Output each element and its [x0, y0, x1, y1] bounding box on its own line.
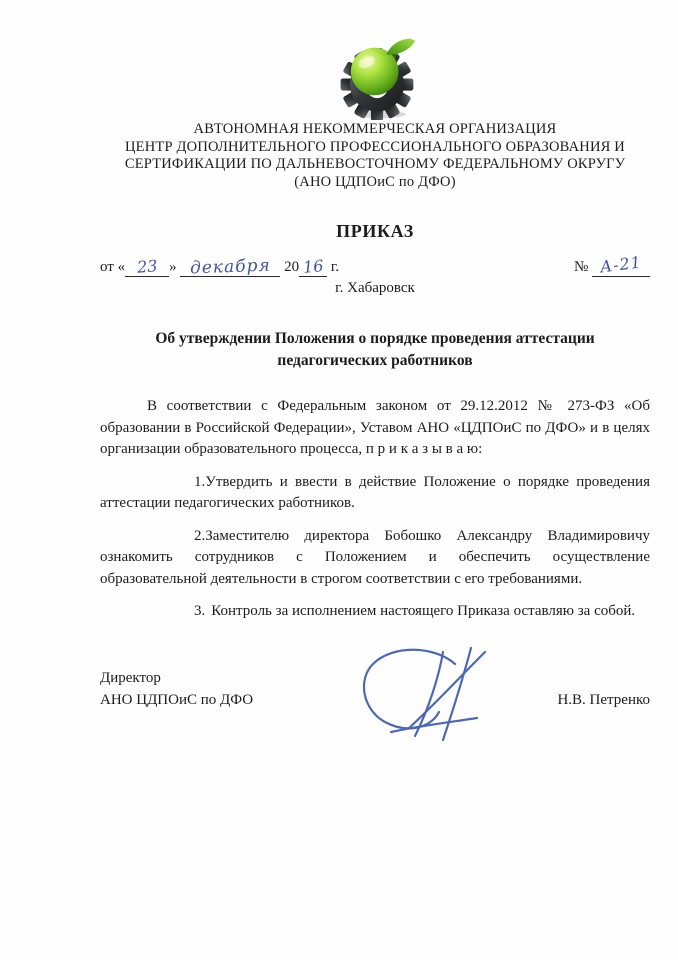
signer-role: Директор АНО ЦДПОиС по ДФО [100, 667, 253, 711]
handwritten-day: 23 [136, 256, 158, 276]
number-label: № [574, 259, 588, 275]
item-number: 3. [147, 601, 205, 623]
date-year-blank: 16 [299, 256, 327, 277]
order-subject: Об утверждении Положения о порядке прове… [100, 328, 650, 372]
date-line: от «23» декабря 2016 г. [100, 256, 339, 277]
place-line: г. Хабаровск [100, 280, 650, 297]
handwritten-month: декабря [190, 256, 271, 279]
order-item-1: 1.Утвердить и ввести в действие Положени… [100, 472, 650, 515]
order-title: ПРИКАЗ [100, 221, 650, 242]
org-line: (АНО ЦДПОиС по ДФО) [100, 174, 650, 192]
order-item-3: 3.Контроль за исполнением настоящего При… [100, 601, 650, 623]
date-prefix: от « [100, 259, 125, 275]
signature-block: Директор АНО ЦДПОиС по ДФО Н.В. Петренко [100, 667, 650, 711]
org-line: СЕРТИФИКАЦИИ ПО ДАЛЬНЕВОСТОЧНОМУ ФЕДЕРАЛ… [100, 156, 650, 174]
handwritten-year: 16 [302, 256, 324, 277]
number-blank: А-21 [592, 256, 650, 277]
date-close-quote: » [169, 259, 177, 275]
org-line: АВТОНОМНАЯ НЕКОММЕРЧЕСКАЯ ОРГАНИЗАЦИЯ [100, 121, 650, 139]
document-content: АВТОНОМНАЯ НЕКОММЕРЧЕСКАЯ ОРГАНИЗАЦИЯ ЦЕ… [100, 0, 650, 711]
subject-line: педагогических работников [100, 350, 650, 372]
date-day-blank: 23 [125, 256, 169, 277]
date-month-blank: декабря [180, 256, 280, 277]
document-page: АВТОНОМНАЯ НЕКОММЕРЧЕСКАЯ ОРГАНИЗАЦИЯ ЦЕ… [0, 0, 678, 960]
subject-line: Об утверждении Положения о порядке прове… [100, 328, 650, 350]
intro-paragraph: В соответствии с Федеральным законом от … [100, 396, 650, 461]
signer-role-line: АНО ЦДПОиС по ДФО [100, 689, 253, 711]
date-number-row: от «23» декабря 2016 г. № А-21 [100, 256, 650, 277]
date-year-prefix: 20 [284, 259, 299, 275]
item-number: 2. [147, 526, 205, 548]
org-line: ЦЕНТР ДОПОЛНИТЕЛЬНОГО ПРОФЕССИОНАЛЬНОГО … [100, 139, 650, 157]
order-item-2: 2.Заместителю директора Бобошко Александ… [100, 526, 650, 591]
org-header: АВТОНОМНАЯ НЕКОММЕРЧЕСКАЯ ОРГАНИЗАЦИЯ ЦЕ… [100, 121, 650, 191]
signer-role-line: Директор [100, 667, 253, 689]
handwritten-number: А-21 [599, 253, 643, 277]
date-suffix: г. [331, 259, 339, 275]
order-number: № А-21 [574, 256, 650, 277]
item-text: Контроль за исполнением настоящего Прика… [211, 603, 635, 619]
item-number: 1. [147, 472, 205, 494]
signer-name: Н.В. Петренко [557, 689, 650, 711]
